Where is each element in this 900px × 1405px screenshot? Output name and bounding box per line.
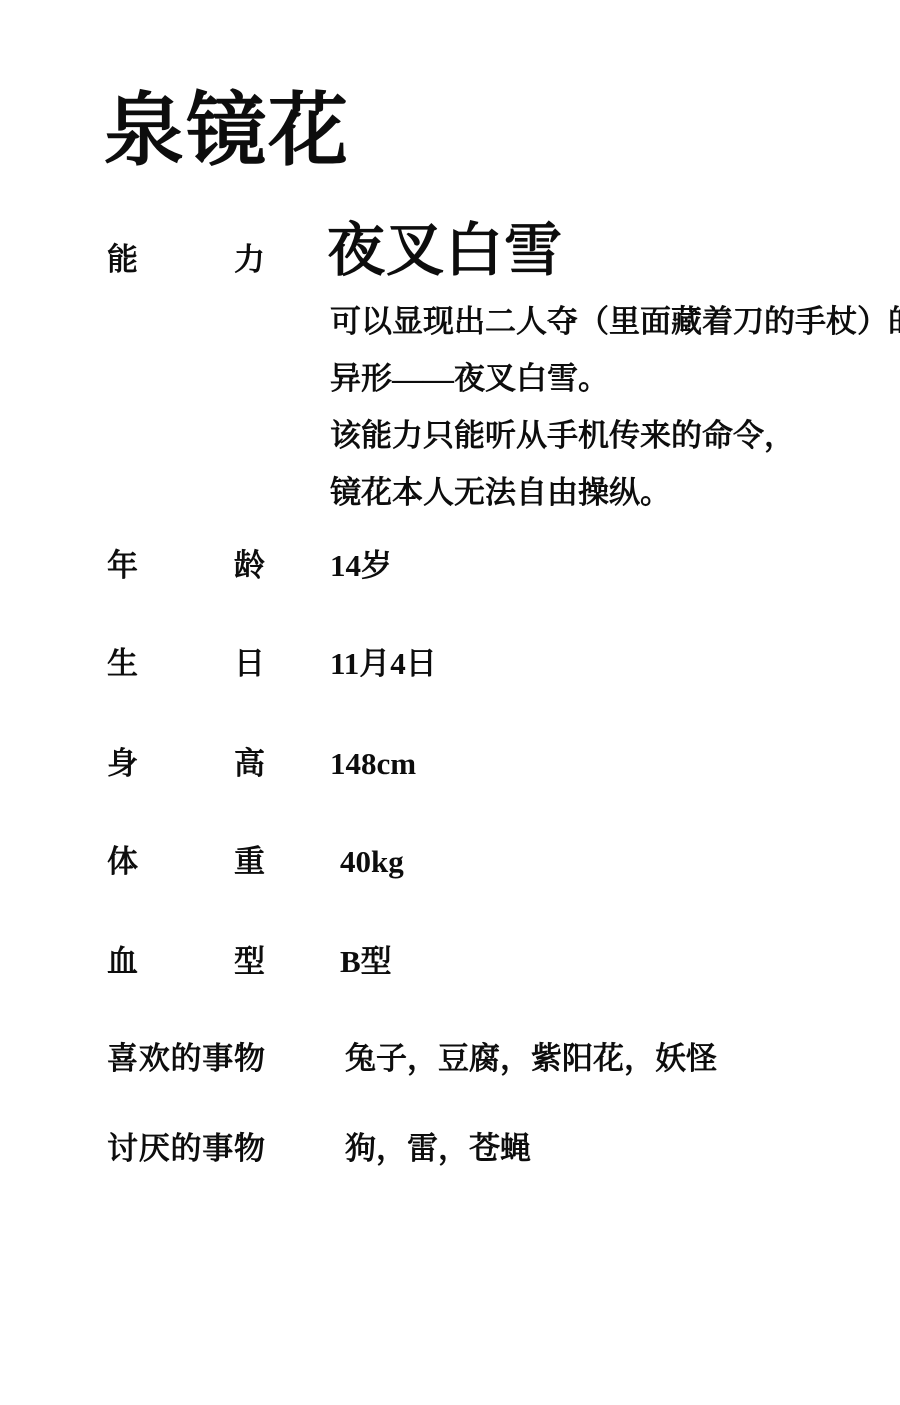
character-profile-page: 泉镜花 能力 夜叉白雪 可以显现出二人夺（里面藏着刀的手杖）的 异形——夜叉白雪… <box>0 0 900 1405</box>
ability-description: 可以显现出二人夺（里面藏着刀的手杖）的 异形——夜叉白雪。 该能力只能听从手机传… <box>330 293 900 521</box>
ability-row: 能力 夜叉白雪 <box>107 222 563 280</box>
profile-label-dislikes: 讨厌的事物 <box>107 1130 265 1167</box>
profile-value-height: 148cm <box>330 747 416 781</box>
profile-label-weight: 体重 <box>107 843 265 880</box>
profile-label-height: 身高 <box>107 745 265 782</box>
profile-value-dislikes: 狗，雷，苍蝇 <box>345 1132 531 1166</box>
profile-label-birthday: 生日 <box>107 645 265 682</box>
ability-description-line: 该能力只能听从手机传来的命令， <box>330 407 900 464</box>
ability-name: 夜叉白雪 <box>327 222 563 280</box>
profile-label-age: 年龄 <box>107 547 265 584</box>
profile-row-birthday: 生日 11月4日 <box>107 645 437 682</box>
profile-value-age: 14岁 <box>330 549 392 583</box>
profile-row-weight: 体重 40kg <box>107 843 404 880</box>
profile-value-blood-type: B型 <box>340 945 392 979</box>
ability-description-line: 可以显现出二人夺（里面藏着刀的手杖）的 <box>330 293 900 350</box>
profile-row-height: 身高 148cm <box>107 745 416 782</box>
profile-row-age: 年龄 14岁 <box>107 547 392 584</box>
ability-description-line: 镜花本人无法自由操纵。 <box>330 464 900 521</box>
profile-row-blood-type: 血型 B型 <box>107 943 392 980</box>
ability-description-line: 异形——夜叉白雪。 <box>330 350 900 407</box>
ability-label: 能力 <box>107 241 265 278</box>
profile-value-likes: 兔子，豆腐，紫阳花，妖怪 <box>345 1042 717 1076</box>
profile-row-dislikes: 讨厌的事物 狗，雷，苍蝇 <box>107 1130 531 1167</box>
profile-value-weight: 40kg <box>340 845 404 879</box>
profile-value-birthday: 11月4日 <box>330 647 437 681</box>
page-title: 泉镜花 <box>104 92 350 172</box>
profile-row-likes: 喜欢的事物 兔子，豆腐，紫阳花，妖怪 <box>107 1040 717 1077</box>
profile-label-likes: 喜欢的事物 <box>107 1040 265 1077</box>
profile-label-blood-type: 血型 <box>107 943 265 980</box>
